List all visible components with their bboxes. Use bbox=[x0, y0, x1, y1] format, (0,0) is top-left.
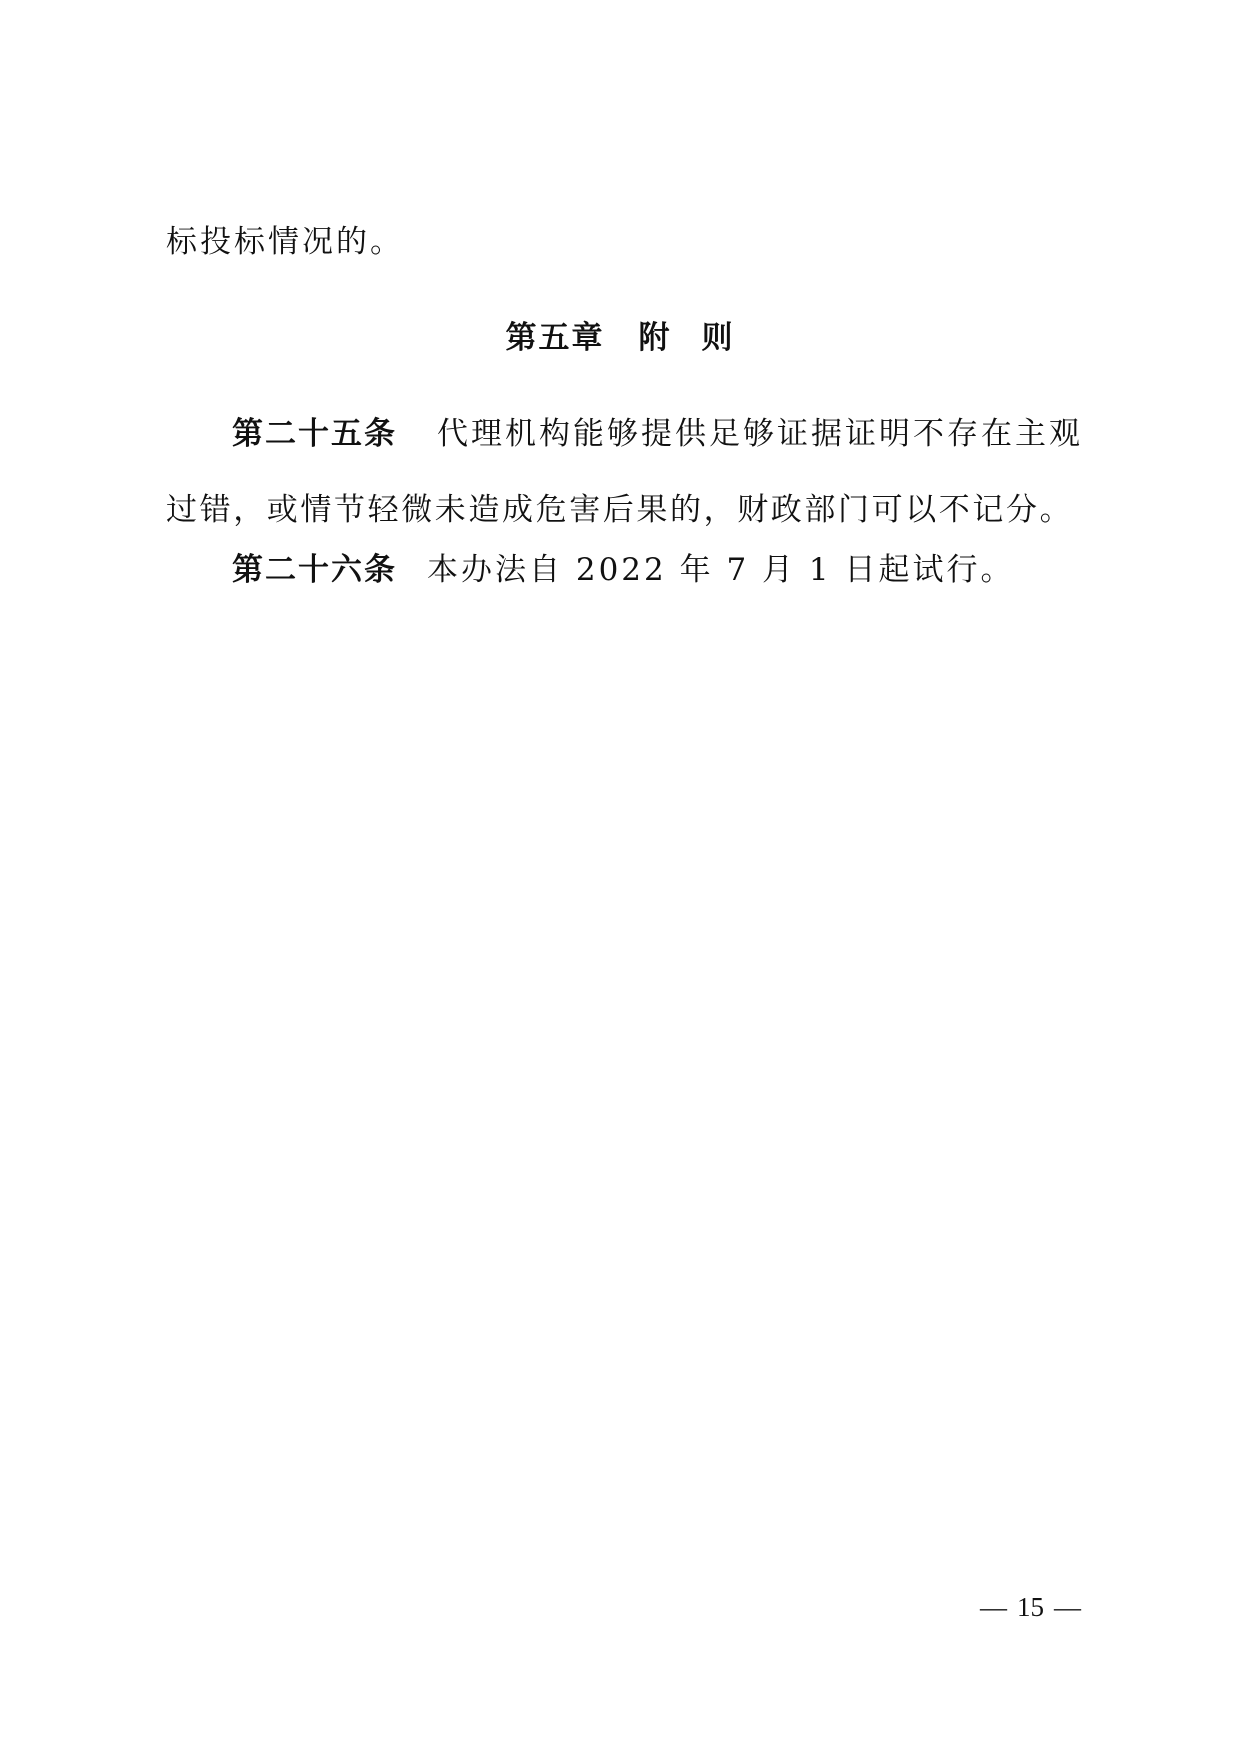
article-text: 代理机构能够提供足够证据证明不存在主观 bbox=[437, 416, 1083, 452]
article-label: 第二十六条 bbox=[232, 552, 397, 588]
chapter-title-part1: 附 bbox=[639, 318, 672, 358]
page-number-value: 15 bbox=[1017, 1592, 1044, 1622]
continuation-text: 标投标情况的。 bbox=[166, 222, 404, 262]
chapter-heading: 第五章附则 bbox=[0, 318, 1240, 358]
page-number: —15— bbox=[970, 1590, 1091, 1624]
article-label: 第二十五条 bbox=[232, 416, 397, 452]
article-25: 第二十五条代理机构能够提供足够证据证明不存在主观 bbox=[232, 414, 1083, 454]
article-text: 本办法自 2022 年 7 月 1 日起试行。 bbox=[427, 552, 1014, 588]
article-26: 第二十六条本办法自 2022 年 7 月 1 日起试行。 bbox=[232, 550, 1014, 590]
chapter-title-part2: 则 bbox=[702, 318, 735, 358]
page-number-dash-right: — bbox=[1054, 1590, 1081, 1624]
article-25-continuation: 过错，或情节轻微未造成危害后果的，财政部门可以不记分。 bbox=[166, 490, 1073, 530]
chapter-number: 第五章 bbox=[506, 318, 605, 358]
page-number-dash-left: — bbox=[980, 1590, 1007, 1624]
document-page: 标投标情况的。 第五章附则 第二十五条代理机构能够提供足够证据证明不存在主观 过… bbox=[0, 0, 1240, 1754]
